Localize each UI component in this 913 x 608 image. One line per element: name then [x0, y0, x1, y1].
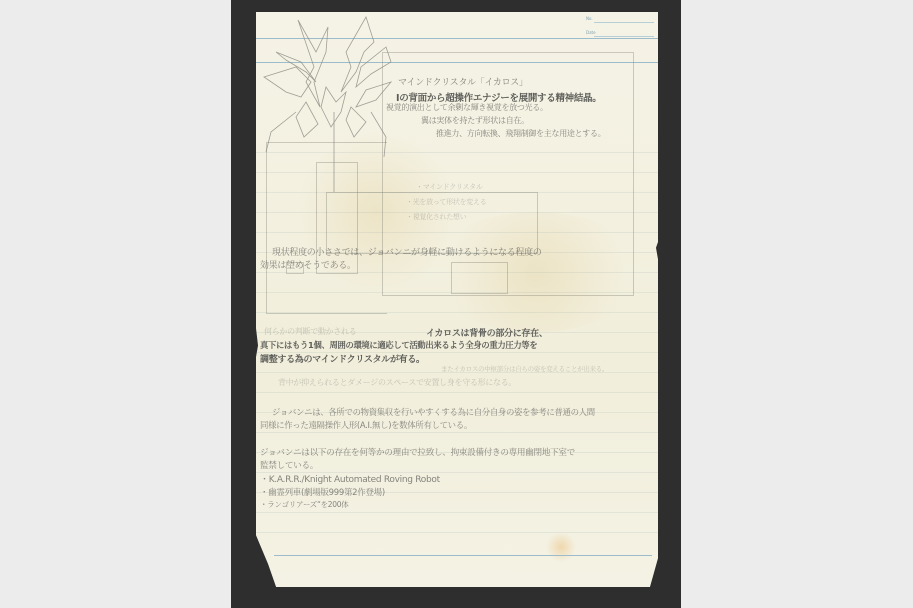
crystal-title: マインドクリスタル「イカロス」	[398, 75, 528, 88]
description-line-3: 翼は実体を持たず形状は自在。	[421, 115, 529, 126]
description-line-2: 視覚的演出として余剰な輝き視覚を放つ光る。	[386, 102, 548, 113]
giovanni-line-1: ジョバンニは、各所での物資集収を行いやすくする為に自分自身の姿を参考に普通の人間	[272, 406, 595, 418]
captive-item-ghost-train: ・幽霊列車(劇場版999第2作登場)	[260, 486, 385, 498]
captivity-line-1: ジョバンニは以下の存在を何等かの理由で拉致し、拘束設備付きの専用幽閉地下室で	[260, 446, 575, 458]
sketch-grid	[451, 262, 508, 294]
faint-note: ・マインドクリスタル	[416, 182, 483, 192]
giovanni-line-2: 同様に作った遠隔操作人形(A.I.無し)を数体所有している。	[260, 419, 472, 431]
captivity-line-2: 監禁している。	[260, 459, 318, 471]
description-line-4: 推進力、方向転換、飛翔制御を主な用途とする。	[436, 128, 605, 139]
ruled-line	[256, 432, 658, 433]
notebook-page: No. Date マインドクリスタル「イカロス」 Iの背面から超操作エナジーを展…	[256, 12, 658, 587]
effect-line-1: 現状程度の小ささでは、ジョバンニが身軽に動けるようになる程度の	[272, 245, 542, 258]
captive-item-langoliers: ・ランゴリアーズ“を200体	[260, 499, 348, 510]
faint-note: ・光を放って形状を変える	[406, 197, 486, 207]
paper-stain	[546, 532, 576, 562]
captive-item-karr: ・K.A.R.R./Knight Automated Roving Robot	[260, 472, 440, 485]
effect-line-2: 効果は望めそうである。	[260, 258, 356, 271]
icarus-line-1: イカロスは背骨の部分に存在、	[426, 326, 548, 339]
faint-note: ・視覚化された想い	[406, 212, 466, 222]
faint-note: 背中が抑えられるとダメージのスペースで安置し身を守る形になる。	[278, 377, 516, 388]
faint-note: 何らかの判断で動かされる	[264, 326, 356, 337]
ruled-line	[256, 532, 658, 533]
icarus-line-2: 真下にはもう1個、周囲の環境に適応して活動出来るよう全身の重力圧力等を	[260, 339, 537, 351]
icarus-line-3: 調整する為のマインドクリスタルが有る。	[260, 352, 425, 365]
ruled-line	[256, 392, 658, 393]
faint-note: またイカロスの中枢部分は自らの姿を変えることが出来る。	[441, 364, 608, 373]
ruled-line	[256, 512, 658, 513]
footer-rule	[274, 555, 652, 556]
